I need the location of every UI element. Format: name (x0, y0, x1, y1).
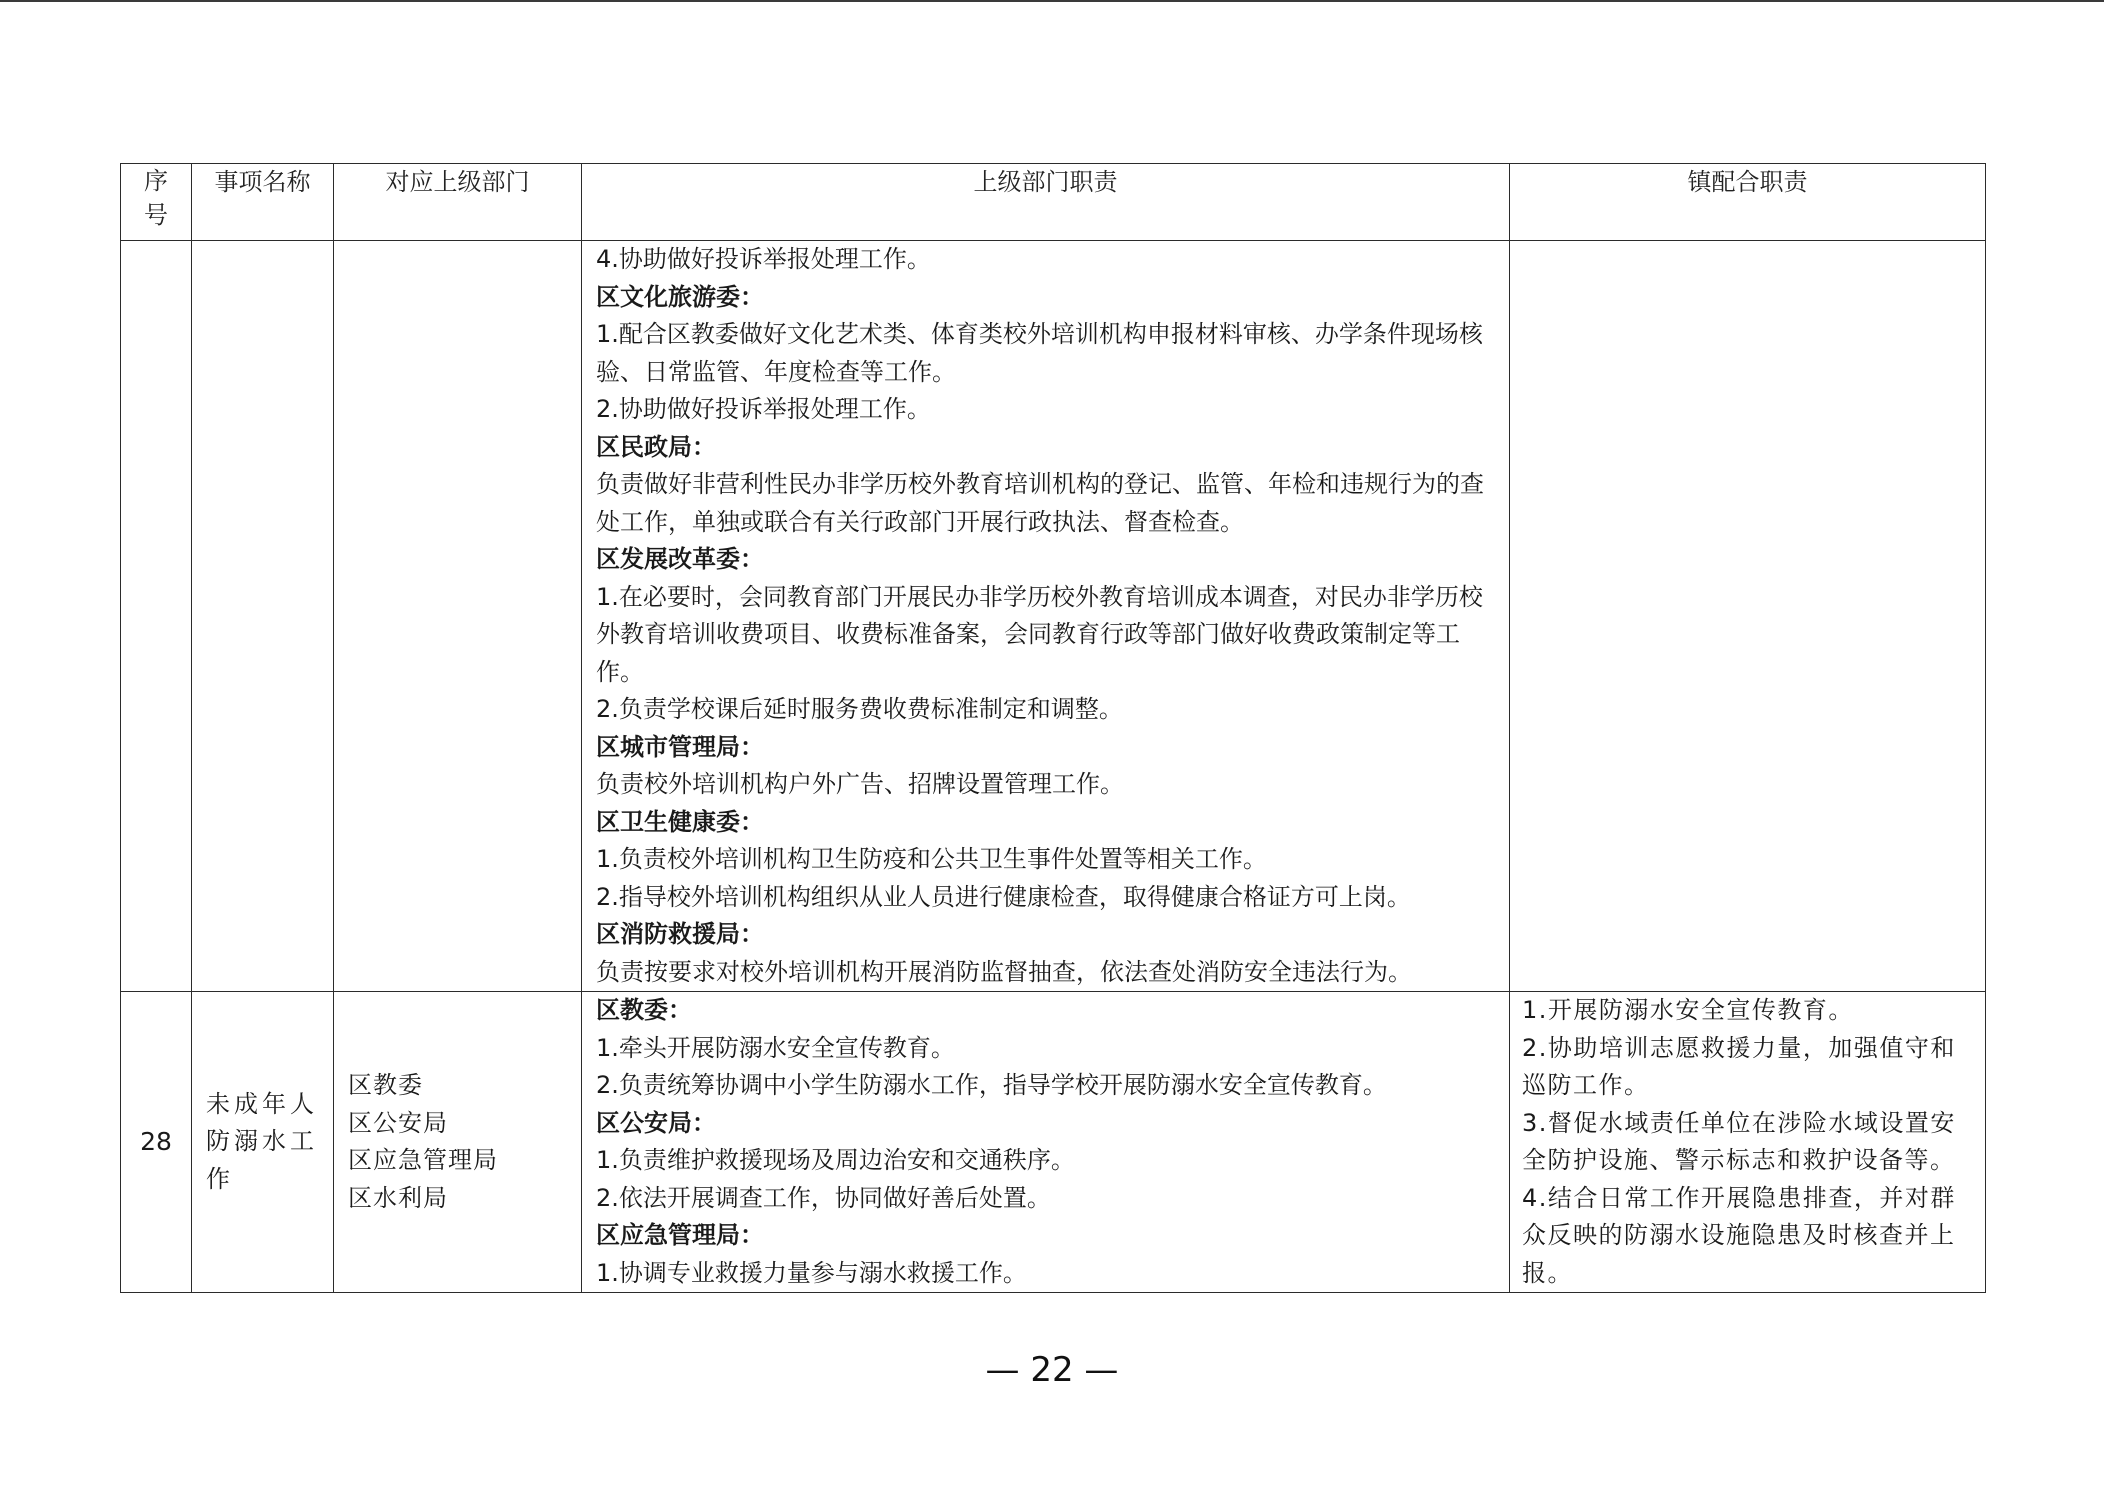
duty-line: 负责校外培训机构户外广告、招牌设置管理工作。 (596, 766, 1497, 804)
seq-cell: 28 (121, 992, 192, 1293)
town-duty-line: 3.督促水域责任单位在涉险水域设置安全防护设施、警示标志和救护设备等。 (1522, 1105, 1975, 1180)
header-upper-dept: 对应上级部门 (334, 164, 582, 241)
duty-line: 2.指导校外培训机构组织从业人员进行健康检查，取得健康合格证方可上岗。 (596, 879, 1497, 917)
dept-heading: 区民政局： (596, 429, 1497, 467)
dept-heading: 区教委： (596, 992, 1497, 1030)
dept-heading: 区消防救援局： (596, 916, 1497, 954)
item-name-cell: 未成年人防溺水工作 (192, 992, 334, 1293)
table-row: 28 未成年人防溺水工作 区教委 区公安局 区应急管理局 区水利局 区教委： 1… (121, 992, 1986, 1293)
header-item-name: 事项名称 (192, 164, 334, 241)
town-duty-line: 2.协助培训志愿救援力量，加强值守和巡防工作。 (1522, 1030, 1975, 1105)
duty-line: 4.协助做好投诉举报处理工作。 (596, 241, 1497, 279)
page-top-rule (0, 0, 2104, 2)
header-upper-duties: 上级部门职责 (582, 164, 1510, 241)
duty-line: 负责按要求对校外培训机构开展消防监督抽查，依法查处消防安全违法行为。 (596, 954, 1497, 992)
dept-heading: 区应急管理局： (596, 1217, 1497, 1255)
duty-line: 1.协调专业救援力量参与溺水救援工作。 (596, 1255, 1497, 1293)
upper-duties-cell: 区教委： 1.牵头开展防溺水安全宣传教育。 2.负责统筹协调中小学生防溺水工作，… (582, 992, 1510, 1293)
upper-duties-cell: 4.协助做好投诉举报处理工作。 区文化旅游委： 1.配合区教委做好文化艺术类、体… (582, 241, 1510, 992)
page-number: — 22 — (0, 1348, 2104, 1392)
seq-cell (121, 241, 192, 992)
duty-line: 2.负责学校课后延时服务费收费标准制定和调整。 (596, 691, 1497, 729)
town-duties-cell (1510, 241, 1986, 992)
dept-heading: 区城市管理局： (596, 729, 1497, 767)
duty-line: 1.牵头开展防溺水安全宣传教育。 (596, 1030, 1497, 1068)
dept-name: 区水利局 (348, 1180, 571, 1218)
item-name-cell (192, 241, 334, 992)
table-header-row: 序号 事项名称 对应上级部门 上级部门职责 镇配合职责 (121, 164, 1986, 241)
town-duty-line: 1.开展防溺水安全宣传教育。 (1522, 992, 1975, 1030)
dept-heading: 区发展改革委： (596, 541, 1497, 579)
dept-name: 区公安局 (348, 1105, 571, 1143)
duty-line: 1.负责校外培训机构卫生防疫和公共卫生事件处置等相关工作。 (596, 841, 1497, 879)
dept-heading: 区公安局： (596, 1105, 1497, 1143)
duty-line: 1.配合区教委做好文化艺术类、体育类校外培训机构申报材料审核、办学条件现场核验、… (596, 316, 1497, 391)
town-duty-line: 4.结合日常工作开展隐患排查，并对群众反映的防溺水设施隐患及时核查并上报。 (1522, 1180, 1975, 1293)
dept-name: 区教委 (348, 1067, 571, 1105)
dept-name: 区应急管理局 (348, 1142, 571, 1180)
upper-dept-cell (334, 241, 582, 992)
duty-line: 2.依法开展调查工作，协同做好善后处置。 (596, 1180, 1497, 1218)
upper-dept-cell: 区教委 区公安局 区应急管理局 区水利局 (334, 992, 582, 1293)
table-row: 4.协助做好投诉举报处理工作。 区文化旅游委： 1.配合区教委做好文化艺术类、体… (121, 241, 1986, 992)
duty-line: 负责做好非营利性民办非学历校外教育培训机构的登记、监管、年检和违规行为的查处工作… (596, 466, 1497, 541)
dept-heading: 区文化旅游委： (596, 279, 1497, 317)
dept-heading: 区卫生健康委： (596, 804, 1497, 842)
duty-line: 1.负责维护救援现场及周边治安和交通秩序。 (596, 1142, 1497, 1180)
duty-line: 2.协助做好投诉举报处理工作。 (596, 391, 1497, 429)
header-town-duties: 镇配合职责 (1510, 164, 1986, 241)
duty-line: 2.负责统筹协调中小学生防溺水工作，指导学校开展防溺水安全宣传教育。 (596, 1067, 1497, 1105)
duty-line: 1.在必要时，会同教育部门开展民办非学历校外教育培训成本调查，对民办非学历校外教… (596, 579, 1497, 692)
responsibility-table: 序号 事项名称 对应上级部门 上级部门职责 镇配合职责 4.协助做好投诉举报处理… (120, 163, 1986, 1293)
header-seq: 序号 (121, 164, 192, 241)
town-duties-cell: 1.开展防溺水安全宣传教育。 2.协助培训志愿救援力量，加强值守和巡防工作。 3… (1510, 992, 1986, 1293)
